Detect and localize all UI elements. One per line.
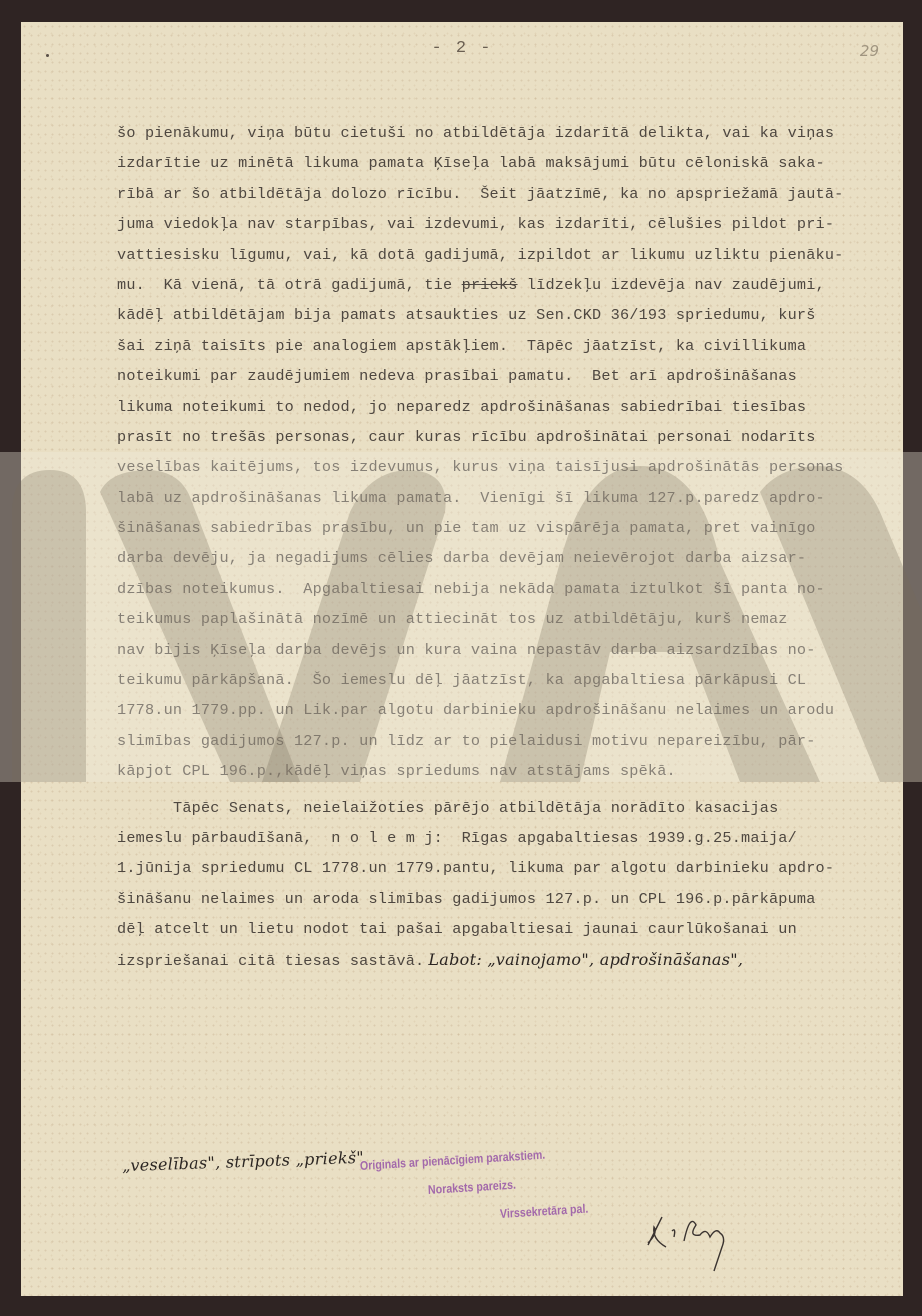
- text-line: vattiesisku līgumu, vai, kā dotā gadijum…: [117, 240, 897, 270]
- resolution-line: šināšanu nelaimes un aroda slimības gadi…: [117, 884, 897, 914]
- text-line: 1778.un 1779.pp. un Lik.par algotu darbi…: [117, 695, 897, 725]
- resolution-line: dēļ atcelt un lietu nodot tai pašai apga…: [117, 914, 897, 944]
- text-line: mu. Kā vienā, tā otrā gadijumā, tie prie…: [117, 270, 897, 300]
- text-line: labā uz apdrošināšanas likuma pamata. Vi…: [117, 483, 897, 513]
- text-line: kādēļ atbildētājam bija pamats atsauktie…: [117, 300, 897, 330]
- page-number: - 2 -: [21, 39, 903, 58]
- text-line: darba devēju, ja negadijums cēlies darba…: [117, 543, 897, 573]
- typewritten-body: šo pienākumu, viņa būtu cietuši no atbil…: [117, 118, 897, 975]
- resolution-line: iemeslu pārbaudīšanā, n o l e m j: Rīgas…: [117, 823, 897, 853]
- text-line: šai ziņā taisīts pie analogiem apstākļie…: [117, 331, 897, 361]
- text-line: nav bijis Ķīseļa darba devējs un kura va…: [117, 635, 897, 665]
- text-line: juma viedokļa nav starpības, vai izdevum…: [117, 209, 897, 239]
- text-line: kāpjot CPL 196.p.,kādēļ viņas spriedums …: [117, 756, 897, 786]
- text-line: teikumu pārkāpšanā. Šo iemeslu dēļ jāatz…: [117, 665, 897, 695]
- text-segment: izspriešanai citā tiesas sastāvā.: [117, 952, 424, 970]
- text-segment: līdzekļu izdevēja nav zaudējumi,: [518, 276, 825, 294]
- text-line: rībā ar šo atbildētāja dolozo rīcību. Še…: [117, 179, 897, 209]
- handwritten-correction-note: Labot: „vainojamo", apdrošināšanas",: [428, 950, 743, 969]
- resolution-line: Tāpēc Senats, neielaižoties pārējo atbil…: [117, 793, 897, 823]
- resolution-line: izspriešanai citā tiesas sastāvā.Labot: …: [117, 945, 897, 975]
- signature: [640, 1197, 750, 1277]
- text-line: šo pienākumu, viņa būtu cietuši no atbil…: [117, 118, 897, 148]
- document-page: - 2 - 29 šo pienākumu, viņa būtu cietuši…: [21, 22, 903, 1296]
- text-line: prasīt no trešās personas, caur kuras rī…: [117, 422, 897, 452]
- text-line: teikumus paplašinātā nozīmē un attiecinā…: [117, 604, 897, 634]
- text-line: dzības noteikumus. Apgabaltiesai nebija …: [117, 574, 897, 604]
- folio-number: 29: [860, 42, 879, 60]
- resolution-line: 1.jūnija spriedumu CL 1778.un 1779.pantu…: [117, 853, 897, 883]
- text-line: izdarītie uz minētā likuma pamata Ķīseļa…: [117, 148, 897, 178]
- text-line: noteikumi par zaudējumiem nedeva prasība…: [117, 361, 897, 391]
- text-line: veselības kaitējums, tos izdevumus, kuru…: [117, 452, 897, 482]
- text-line: šināšanas sabiedrības prasību, un pie ta…: [117, 513, 897, 543]
- struck-word: priekš: [462, 276, 518, 294]
- text-segment: mu. Kā vienā, tā otrā gadijumā, tie: [117, 276, 462, 294]
- text-line: likuma noteikumi to nedod, jo neparedz a…: [117, 392, 897, 422]
- text-line: slimības gadijumos 127.p. un līdz ar to …: [117, 726, 897, 756]
